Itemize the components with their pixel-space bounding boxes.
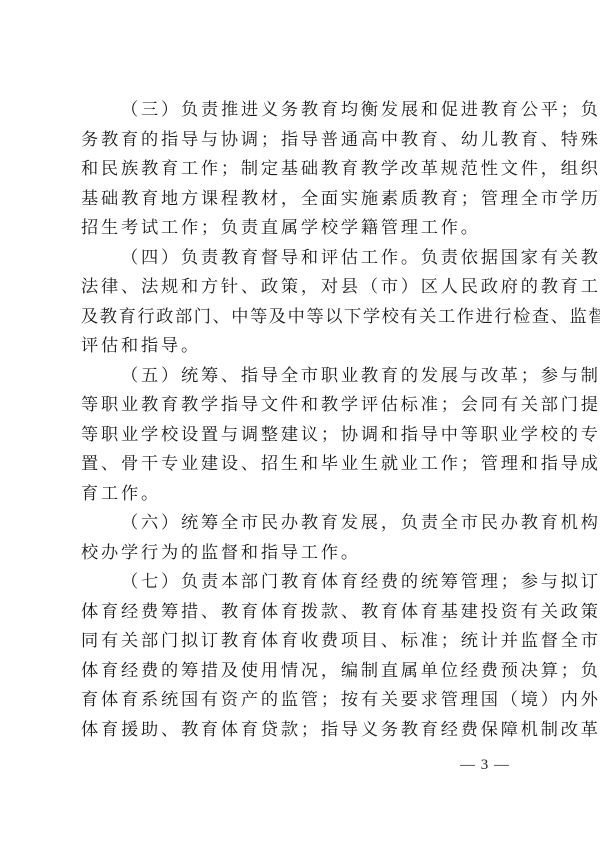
page-number: — 3 — [460,757,510,774]
paragraph-line: 置、骨干专业建设、招生和毕业生就业工作；管理和指导成人教 [81,450,521,480]
document-page: （三）负责推进义务教育均衡发展和促进教育公平；负责义 务教育的指导与协调；指导普… [0,0,600,848]
paragraph-line: 校办学行为的监督和指导工作。 [81,539,521,569]
paragraph-line: （六）统筹全市民办教育发展，负责全市民办教育机构和学 [81,509,521,539]
paragraph-line: （四）负责教育督导和评估工作。负责依据国家有关教育的 [81,244,521,274]
paragraph-line: 评估和指导。 [81,332,521,362]
paragraph-line: 体育经费筹措、教育体育拨款、教育体育基建投资有关政策；会 [81,598,521,628]
paragraph-line: 体育援助、教育体育贷款；指导义务教育经费保障机制改革和各 [81,716,521,746]
paragraph-3: （三）负责推进义务教育均衡发展和促进教育公平；负责义 务教育的指导与协调；指导普… [81,96,521,244]
paragraph-7: （七）负责本部门教育体育经费的统筹管理；参与拟订教育 体育经费筹措、教育体育拨款… [81,568,521,745]
paragraph-line: 和民族教育工作；制定基础教育教学改革规范性文件，组织审定 [81,155,521,185]
paragraph-line: 法律、法规和方针、政策，对县（市）区人民政府的教育工作以 [81,273,521,303]
paragraph-4: （四）负责教育督导和评估工作。负责依据国家有关教育的 法律、法规和方针、政策，对… [81,244,521,362]
paragraph-line: 育工作。 [81,480,521,510]
paragraph-line: 务教育的指导与协调；指导普通高中教育、幼儿教育、特殊教育 [81,126,521,156]
paragraph-line: （五）统筹、指导全市职业教育的发展与改革；参与制定中 [81,362,521,392]
paragraph-5: （五）统筹、指导全市职业教育的发展与改革；参与制定中 等职业教育教学指导文件和教… [81,362,521,510]
document-body: （三）负责推进义务教育均衡发展和促进教育公平；负责义 务教育的指导与协调；指导普… [81,96,521,745]
paragraph-6: （六）统筹全市民办教育发展，负责全市民办教育机构和学 校办学行为的监督和指导工作… [81,509,521,568]
paragraph-line: 同有关部门拟订教育体育收费项目、标准；统计并监督全市教育 [81,627,521,657]
paragraph-line: 等职业学校设置与调整建议；协调和指导中等职业学校的专业设 [81,421,521,451]
paragraph-line: 育体育系统国有资产的监管；按有关要求管理国（境）内外教育 [81,686,521,716]
paragraph-line: 及教育行政部门、中等及中等以下学校有关工作进行检查、监督、 [81,303,521,333]
paragraph-line: 等职业教育教学指导文件和教学评估标准；会同有关部门提出中 [81,391,521,421]
paragraph-line: 基础教育地方课程教材，全面实施素质教育；管理全市学历教育 [81,185,521,215]
paragraph-line: 体育经费的筹措及使用情况，编制直属单位经费预决算；负责教 [81,657,521,687]
paragraph-line: （七）负责本部门教育体育经费的统筹管理；参与拟订教育 [81,568,521,598]
paragraph-line: 招生考试工作；负责直属学校学籍管理工作。 [81,214,521,244]
paragraph-line: （三）负责推进义务教育均衡发展和促进教育公平；负责义 [81,96,521,126]
